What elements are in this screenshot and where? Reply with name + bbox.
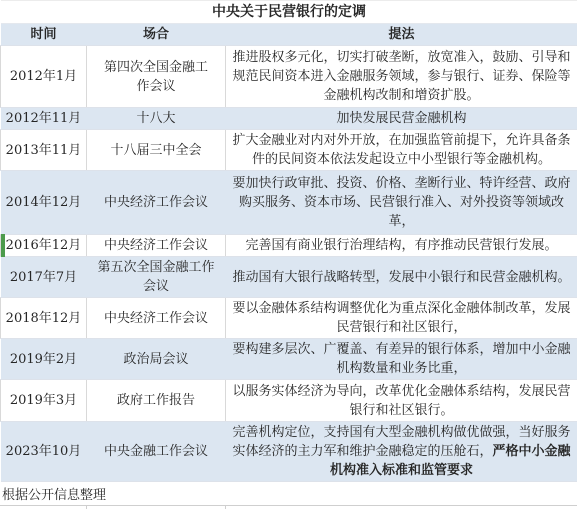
col-header-time: 时间: [1, 24, 87, 46]
table-row: 2023年10月 中央金融工作会议 完善机构定位，支持国有大型金融机构做优做强，…: [1, 422, 577, 482]
time-cell: 2012年11月: [1, 108, 87, 130]
statement-text: 要加快行政审批、投资、价格、垄断行业、特许经营、政府购买服务、资本市场、民营银行…: [232, 176, 570, 229]
occasion-cell: 十八届三中全会: [87, 130, 226, 171]
table-row: 2018年12月 中央经济工作会议 要以金融体系结构调整优化为重点深化金融体制改…: [1, 298, 577, 339]
statement-cell: 以服务实体经济为导向，改革优化金融体系结构，发展民营银行和社区银行。: [226, 380, 577, 422]
statement-cell: 完善机构定位，支持国有大型金融机构做优做强，当好服务实体经济的主力军和维护金融稳…: [226, 422, 577, 482]
statement-text: 推动国有大银行战略转型，发展中小银行和民营金融机构。: [232, 270, 570, 285]
table-title: 中央关于民营银行的定调: [1, 1, 577, 24]
selection-indicator-bar: [1, 234, 5, 257]
statement-text: 加快发展民营金融机构: [336, 111, 466, 126]
table-row: 2019年3月 政府工作报告 以服务实体经济为导向，改革优化金融体系结构，发展民…: [1, 380, 577, 422]
statement-text: 推进股权多元化，切实打破垄断，放宽准入，鼓励、引导和规范民间资本进入金融服务领域…: [232, 50, 570, 103]
occasion-cell: 中央经济工作会议: [87, 298, 226, 339]
statement-cell: 推进股权多元化，切实打破垄断，放宽准入，鼓励、引导和规范民间资本进入金融服务领域…: [226, 46, 577, 108]
statement-cell: 完善国有商业银行治理结构，有序推动民营银行发展。: [226, 235, 577, 257]
bottom-gridline: [0, 505, 577, 509]
statement-text: 完善国有商业银行治理结构，有序推动民营银行发展。: [245, 238, 557, 253]
col-header-statement: 提法: [226, 24, 577, 46]
statement-text: 扩大金融业对内对外开放，在加强监管前提下，允许具备条件的民间资本依法发起设立中小…: [232, 133, 570, 167]
time-cell: 2019年3月: [1, 380, 87, 422]
occasion-cell: 第四次全国金融工作会议: [87, 46, 226, 108]
table-title-row: 中央关于民营银行的定调: [1, 1, 577, 24]
occasion-cell: 十八大: [87, 108, 226, 130]
statement-cell: 要以金融体系结构调整优化为重点深化金融体制改革，发展民营银行和社区银行，: [226, 298, 577, 339]
occasion-cell: 中央经济工作会议: [87, 235, 226, 257]
statement-text: 要以金融体系结构调整优化为重点深化金融体制改革，发展民营银行和社区银行，: [232, 301, 570, 335]
table-row: 2014年12月 中央经济工作会议 要加快行政审批、投资、价格、垄断行业、特许经…: [1, 171, 577, 235]
occasion-cell: 政治局会议: [87, 339, 226, 380]
source-note: 根据公开信息整理: [2, 484, 106, 503]
table-header-row: 时间 场合 提法: [1, 24, 577, 46]
occasion-cell: 中央金融工作会议: [87, 422, 226, 482]
table-row: 2013年11月 十八届三中全会 扩大金融业对内对外开放，在加强监管前提下，允许…: [1, 130, 577, 171]
time-cell: 2019年2月: [1, 339, 87, 380]
statement-cell: 要加快行政审批、投资、价格、垄断行业、特许经营、政府购买服务、资本市场、民营银行…: [226, 171, 577, 235]
policy-table-sheet: 中央关于民营银行的定调 时间 场合 提法 2012年1月 第四次全国金融工作会议…: [0, 0, 577, 509]
table-row: 2016年12月 中央经济工作会议 完善国有商业银行治理结构，有序推动民营银行发…: [1, 235, 577, 257]
occasion-cell: 政府工作报告: [87, 380, 226, 422]
statement-text: 以服务实体经济为导向，改革优化金融体系结构，发展民营银行和社区银行。: [232, 384, 570, 418]
time-cell: 2017年7月: [1, 257, 87, 298]
time-cell: 2018年12月: [1, 298, 87, 339]
time-cell: 2014年12月: [1, 171, 87, 235]
time-cell: 2023年10月: [1, 422, 87, 482]
policy-table: 中央关于民营银行的定调 时间 场合 提法 2012年1月 第四次全国金融工作会议…: [0, 0, 577, 482]
time-cell: 2012年1月: [1, 46, 87, 108]
time-text: 2016年12月: [6, 238, 82, 253]
statement-cell: 加快发展民营金融机构: [226, 108, 577, 130]
occasion-cell: 第五次全国金融工作会议: [87, 257, 226, 298]
statement-cell: 要构建多层次、广覆盖、有差异的银行体系，增加中小金融机构数量和业务比重，: [226, 339, 577, 380]
occasion-cell: 中央经济工作会议: [87, 171, 226, 235]
time-cell: 2013年11月: [1, 130, 87, 171]
footer-row: 根据公开信息整理: [0, 482, 577, 505]
statement-cell: 推动国有大银行战略转型，发展中小银行和民营金融机构。: [226, 257, 577, 298]
table-row: 2017年7月 第五次全国金融工作会议 推动国有大银行战略转型，发展中小银行和民…: [1, 257, 577, 298]
time-cell: 2016年12月: [1, 235, 87, 257]
col-header-occasion: 场合: [87, 24, 226, 46]
statement-text: 要构建多层次、广覆盖、有差异的银行体系，增加中小金融机构数量和业务比重，: [232, 342, 570, 376]
statement-cell: 扩大金融业对内对外开放，在加强监管前提下，允许具备条件的民间资本依法发起设立中小…: [226, 130, 577, 171]
table-row: 2012年1月 第四次全国金融工作会议 推进股权多元化，切实打破垄断，放宽准入，…: [1, 46, 577, 108]
table-row: 2012年11月 十八大 加快发展民营金融机构: [1, 108, 577, 130]
table-row: 2019年2月 政治局会议 要构建多层次、广覆盖、有差异的银行体系，增加中小金融…: [1, 339, 577, 380]
